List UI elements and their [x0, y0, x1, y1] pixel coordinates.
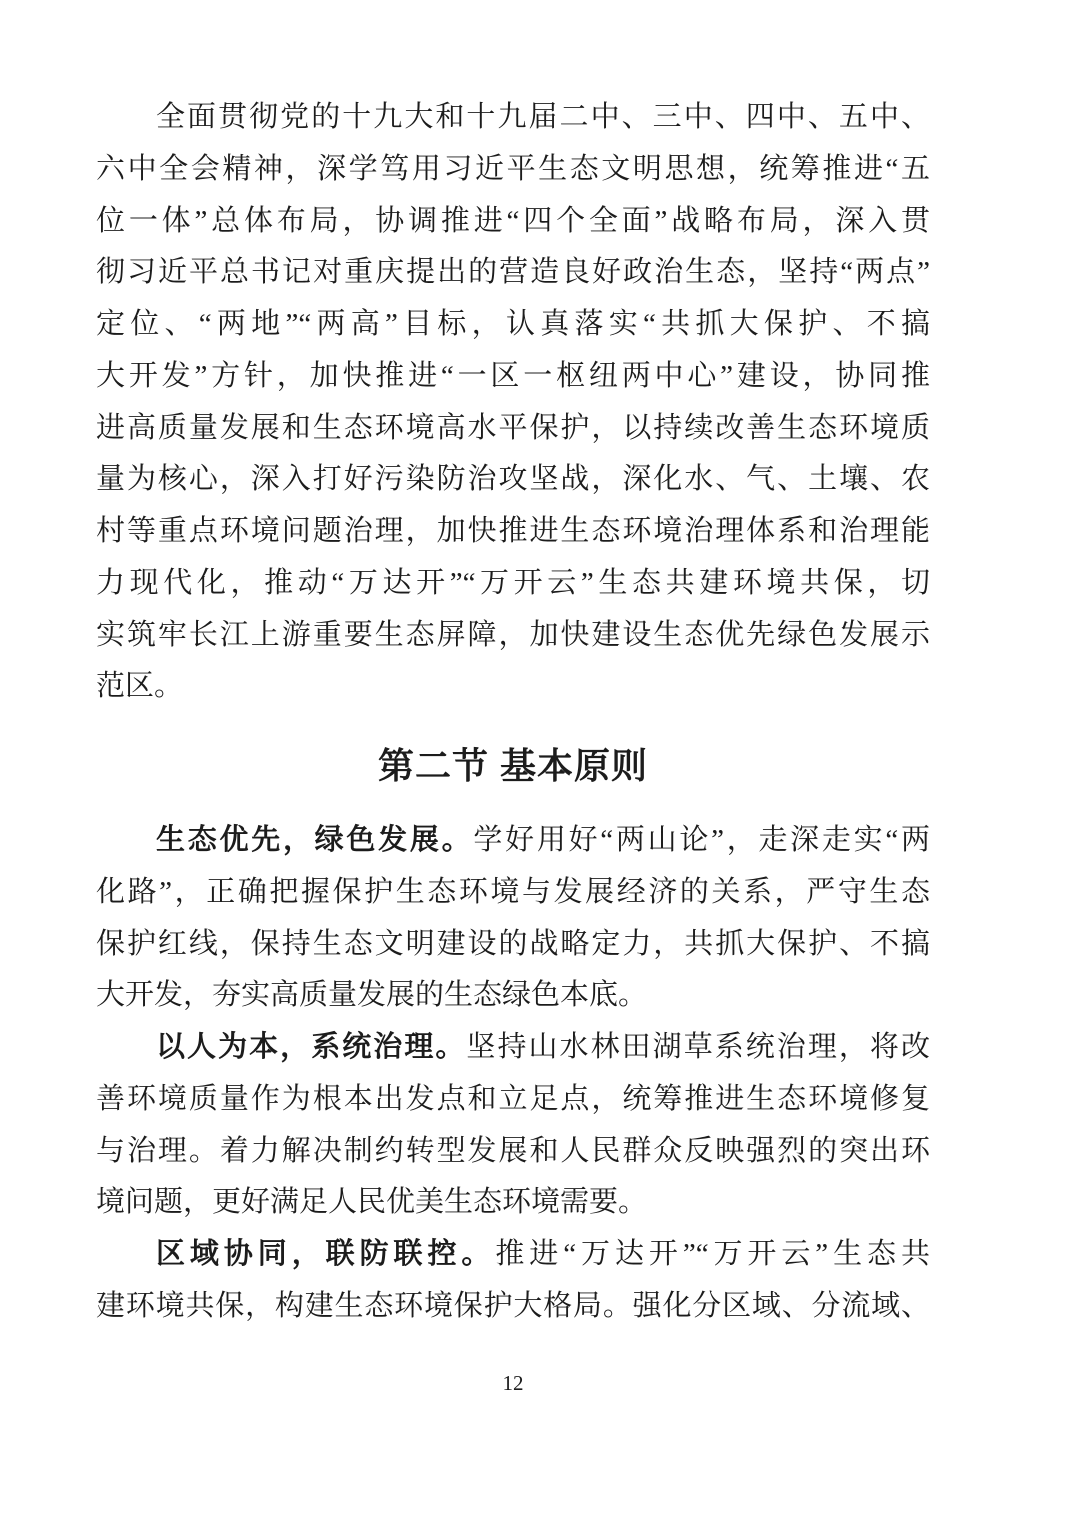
paragraph-principle-eco-priority: 生态优先，绿色发展。学好用好“两山论”，走深走实“两 化路”，正确把握保护生态环… [96, 815, 930, 1022]
text-line: 生态优先，绿色发展。学好用好“两山论”，走深走实“两 [96, 815, 930, 867]
text-line: 位一体”总体布局，协调推进“四个全面”战略布局，深入贯 [96, 196, 930, 248]
text-line: 全面贯彻党的十九大和十九届二中、三中、四中、五中、 [96, 92, 930, 144]
document-page: 全面贯彻党的十九大和十九届二中、三中、四中、五中、 六中全会精神，深学笃用习近平… [0, 0, 1074, 1520]
text-line: 力现代化，推动“万达开”“万开云”生态共建环境共保，切 [96, 558, 930, 610]
text-line: 实筑牢长江上游重要生态屏障，加快建设生态优先绿色发展示 [96, 610, 930, 662]
section-heading: 第二节 基本原则 [96, 740, 930, 792]
principle-lead-bold: 区域协同，联防联控。 [156, 1238, 495, 1270]
paragraph-principle-people-first: 以人为本，系统治理。坚持山水林田湖草系统治理，将改 善环境质量作为根本出发点和立… [96, 1022, 930, 1229]
paragraph-principle-regional-coordination: 区域协同，联防联控。推进“万达开”“万开云”生态共 建环境共保，构建生态环境保护… [96, 1229, 930, 1333]
text-line: 善环境质量作为根本出发点和立足点，统筹推进生态环境修复 [96, 1074, 930, 1126]
text-line: 定位、“两地”“两高”目标，认真落实“共抓大保护、不搞 [96, 299, 930, 351]
text-line: 区域协同，联防联控。推进“万达开”“万开云”生态共 [96, 1229, 930, 1281]
text-line: 保护红线，保持生态文明建设的战略定力，共抓大保护、不搞 [96, 919, 930, 971]
principle-lead-bold: 以人为本，系统治理。 [156, 1031, 466, 1063]
text-line: 大开发，夯实高质量发展的生态绿色本底。 [96, 970, 930, 1022]
text-line: 村等重点环境问题治理，加快推进生态环境治理体系和治理能 [96, 506, 930, 558]
text-line: 与治理。着力解决制约转型发展和人民群众反映强烈的突出环 [96, 1126, 930, 1178]
text-line: 化路”，正确把握保护生态环境与发展经济的关系，严守生态 [96, 867, 930, 919]
principle-lead-bold: 生态优先，绿色发展。 [156, 824, 473, 856]
paragraph-overview: 全面贯彻党的十九大和十九届二中、三中、四中、五中、 六中全会精神，深学笃用习近平… [96, 92, 930, 713]
text-line: 大开发”方针，加快推进“一区一枢纽两中心”建设，协同推 [96, 351, 930, 403]
text-line: 以人为本，系统治理。坚持山水林田湖草系统治理，将改 [96, 1022, 930, 1074]
text-line: 境问题，更好满足人民优美生态环境需要。 [96, 1177, 930, 1229]
principle-text: 坚持山水林田湖草系统治理，将改 [466, 1031, 930, 1063]
text-line: 彻习近平总书记对重庆提出的营造良好政治生态，坚持“两点” [96, 247, 930, 299]
principle-text: 学好用好“两山论”，走深走实“两 [473, 824, 930, 856]
text-line: 六中全会精神，深学笃用习近平生态文明思想，统筹推进“五 [96, 144, 930, 196]
page-number: 12 [96, 1369, 930, 1397]
text-line: 进高质量发展和生态环境高水平保护，以持续改善生态环境质 [96, 403, 930, 455]
principle-text: 推进“万达开”“万开云”生态共 [495, 1238, 930, 1270]
text-line: 建环境共保，构建生态环境保护大格局。强化分区域、分流域、 [96, 1281, 930, 1333]
text-line: 量为核心，深入打好污染防治攻坚战，深化水、气、土壤、农 [96, 454, 930, 506]
text-line: 范区。 [96, 661, 930, 713]
